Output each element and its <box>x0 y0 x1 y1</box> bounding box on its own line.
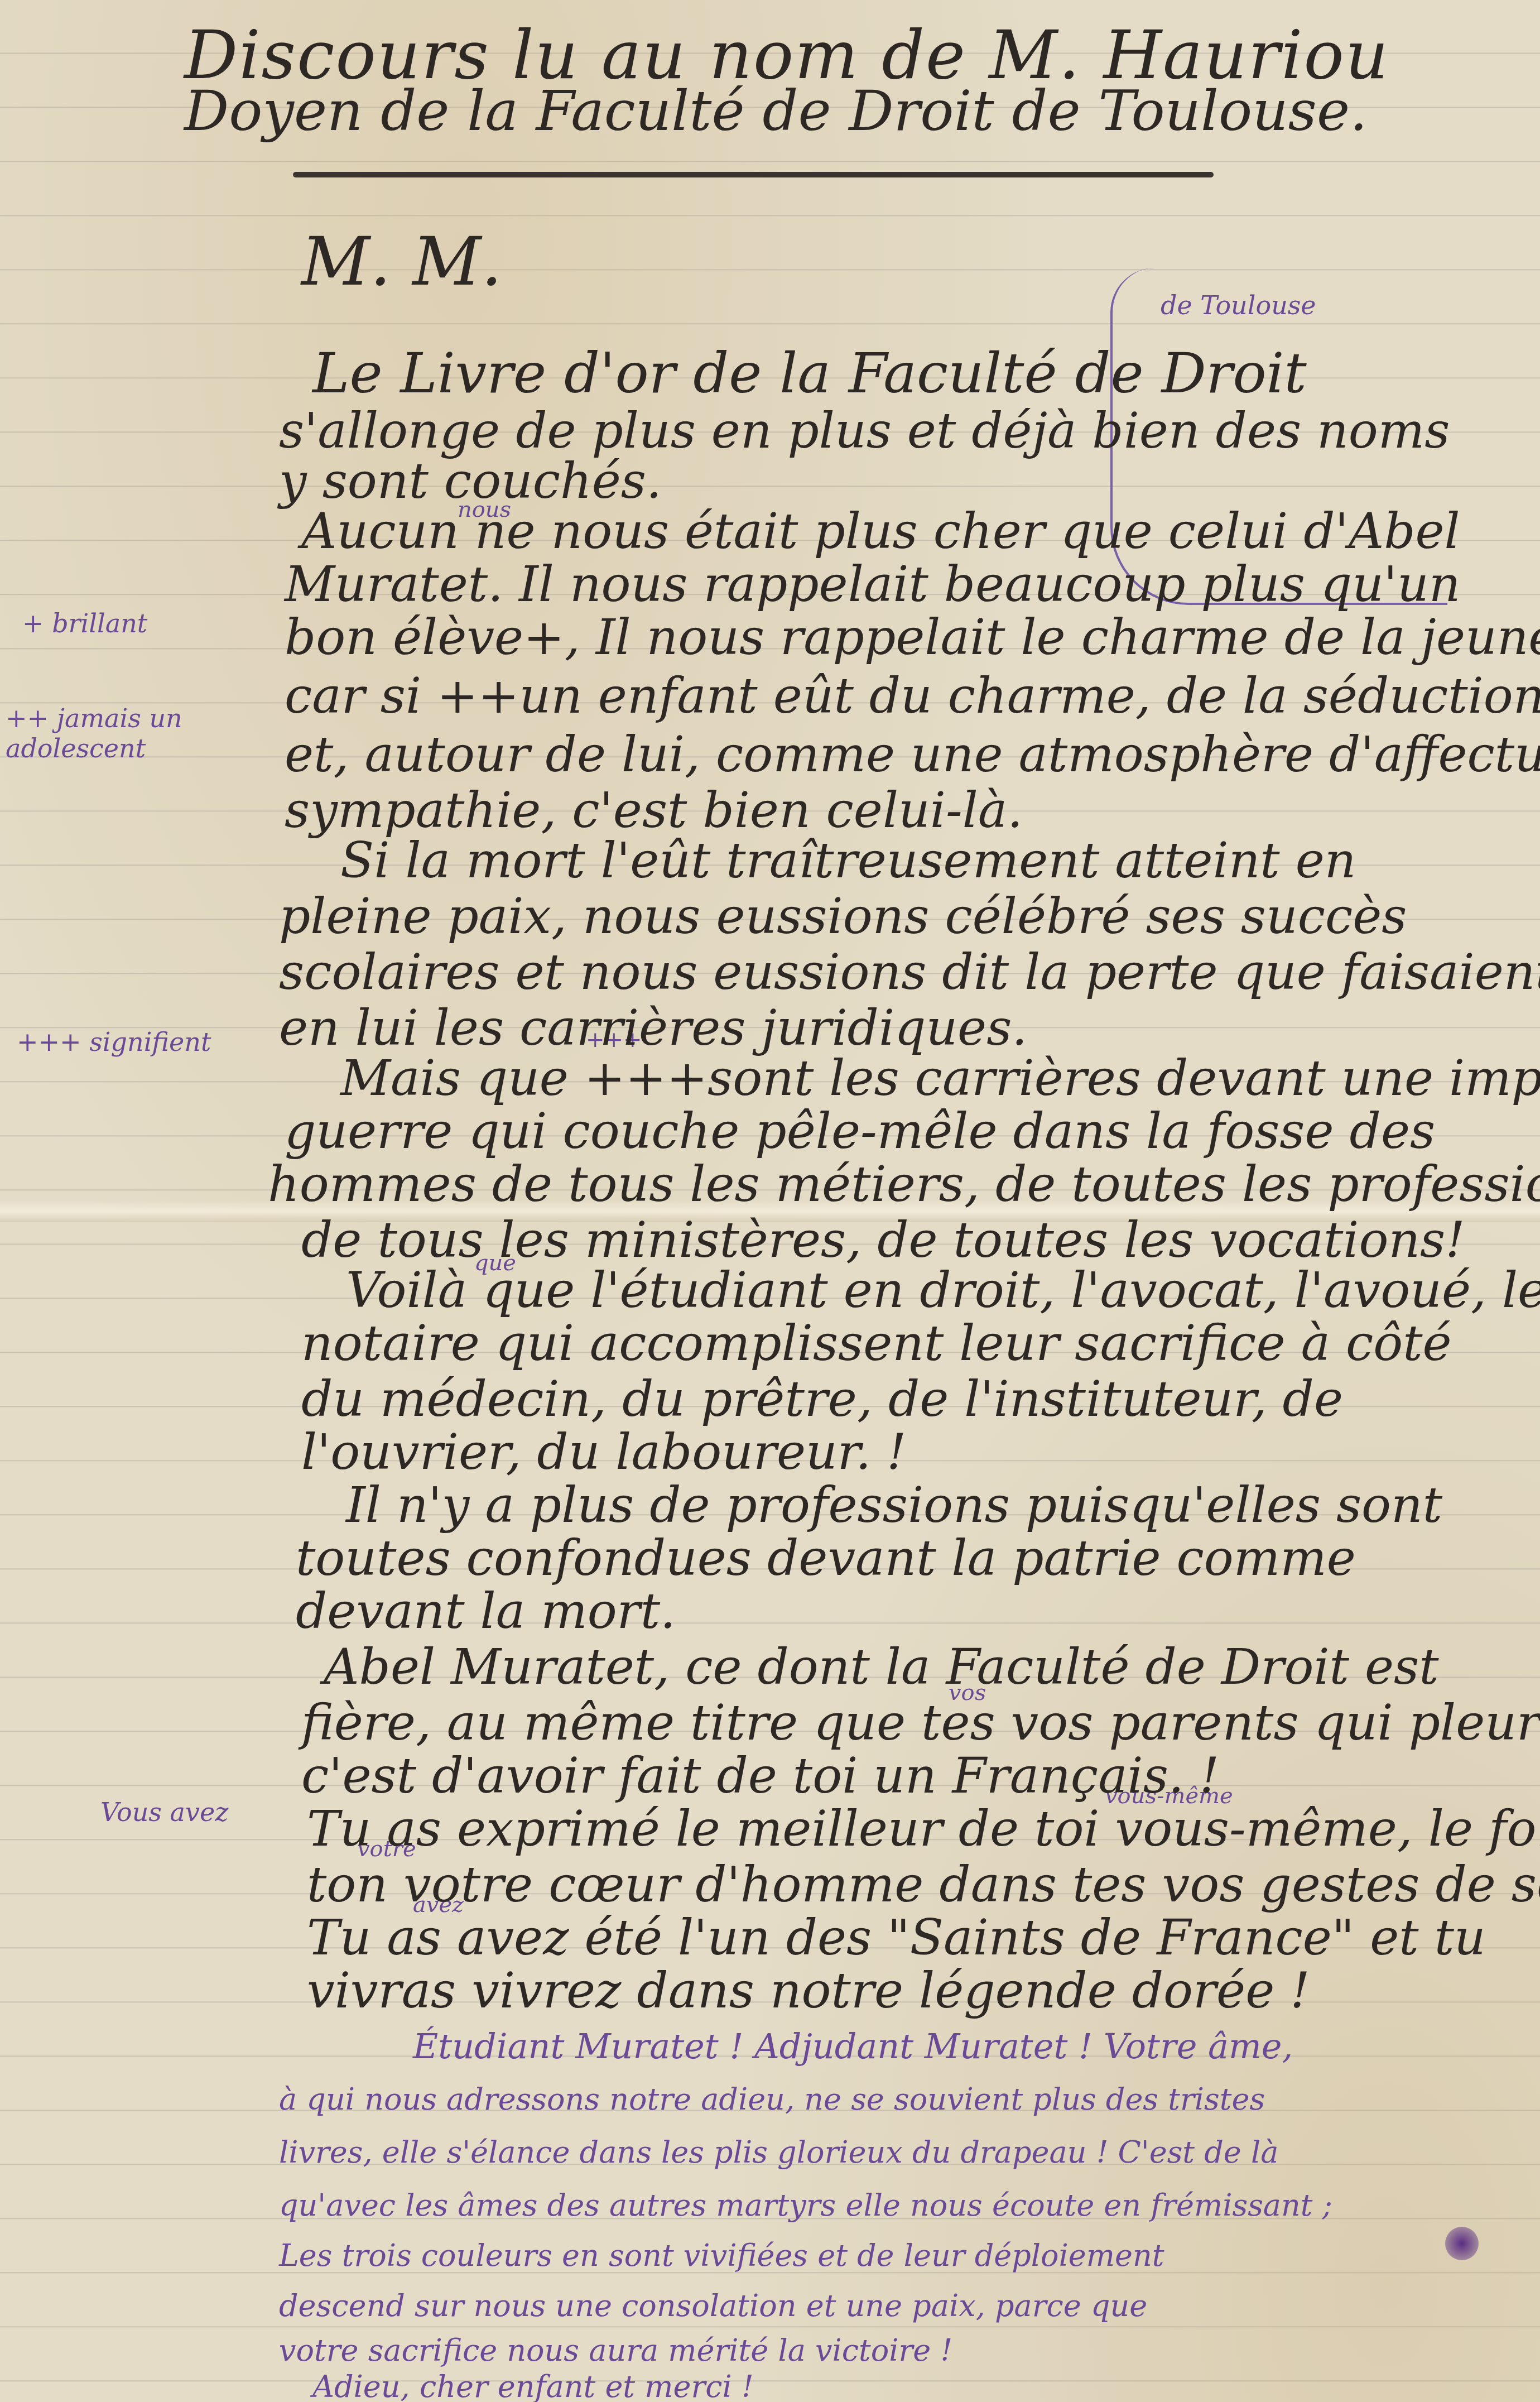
body-line: fière, au même titre que tes vos parents… <box>301 1694 1540 1751</box>
closing-line: Étudiant Muratet ! Adjudant Muratet ! Vo… <box>413 2026 1293 2067</box>
body-line: et, autour de lui, comme une atmosphère … <box>285 726 1540 783</box>
body-line: Aucun ne nous était plus cher que celui … <box>301 502 1460 560</box>
closing-line: descend sur nous une consolation et une … <box>279 2288 1147 2323</box>
body-line: notaire qui accomplissent leur sacrifice… <box>301 1314 1452 1372</box>
body-line: vivras vivrez dans notre légende dorée ! <box>307 1962 1310 2019</box>
margin-note-de-toulouse: de Toulouse <box>1161 290 1316 320</box>
body-line: y sont couchés. <box>279 452 662 510</box>
body-line: de tous les ministères, de toutes les vo… <box>301 1211 1465 1269</box>
body-line: du médecin, du prêtre, de l'instituteur,… <box>301 1370 1343 1428</box>
body-line: hommes de tous les métiers, de toutes le… <box>268 1155 1540 1213</box>
body-line: Abel Muratet, ce dont la Faculté de Droi… <box>324 1638 1439 1695</box>
closing-line: livres, elle s'élance dans les plis glor… <box>279 2135 1278 2170</box>
body-line: car si ++un enfant eût du charme, de la … <box>285 667 1540 724</box>
body-line: Il n'y a plus de professions puisqu'elle… <box>346 1476 1442 1534</box>
body-line: ton votre cœur d'homme dans tes vos gest… <box>307 1856 1540 1913</box>
closing-line: à qui nous adressons notre adieu, ne se … <box>279 2082 1265 2117</box>
body-line: pleine paix, nous eussions célébré ses s… <box>279 887 1407 945</box>
margin-note-jamais-adolescent: ++ jamais un adolescent <box>6 703 206 763</box>
body-line: bon élève+, Il nous rappelait le charme … <box>285 608 1540 666</box>
body-line: sympathie, c'est bien celui-là. <box>285 781 1023 839</box>
body-line: Muratet. Il nous rappelait beaucoup plus… <box>285 555 1460 613</box>
closing-line: votre sacrifice nous aura mérité la vict… <box>279 2333 952 2368</box>
closing-line: Les trois couleurs en sont vivifiées et … <box>279 2238 1164 2273</box>
body-line: Le Livre d'or de la Faculté de Droit <box>312 340 1307 406</box>
title-line-2: Doyen de la Faculté de Droit de Toulouse… <box>184 78 1368 143</box>
body-line: Voilà que l'étudiant en droit, l'avocat,… <box>346 1261 1540 1319</box>
salutation: M. M. <box>301 223 502 301</box>
closing-line: Adieu, cher enfant et merci ! <box>312 2369 754 2402</box>
title-underline <box>293 172 1214 177</box>
body-line: Tu as avez été l'un des "Saints de Franc… <box>307 1909 1486 1966</box>
margin-note-brillant: + brillant <box>22 608 147 638</box>
margin-note-signifient: +++ signifient <box>17 1027 211 1057</box>
body-line: Mais que +++sont les carrières devant un… <box>340 1049 1540 1107</box>
body-line: Si la mort l'eût traîtreusement atteint … <box>340 832 1356 889</box>
body-line: s'allonge de plus en plus et déjà bien d… <box>279 402 1450 459</box>
margin-note-vous-avez: Vous avez <box>100 1797 228 1827</box>
body-line: l'ouvrier, du laboureur. ! <box>301 1423 906 1481</box>
ink-blot <box>1445 2227 1479 2260</box>
body-line: scolaires et nous eussions dit la perte … <box>279 943 1540 1001</box>
body-line: en lui les carrières juridiques. <box>279 999 1027 1056</box>
body-line: Tu as exprimé le meilleur de toi vous-mê… <box>307 1800 1540 1857</box>
body-line: c'est d'avoir fait de toi un Français. ! <box>301 1747 1219 1804</box>
body-line: toutes confondues devant la patrie comme <box>296 1529 1356 1587</box>
body-line: guerre qui couche pêle-mêle dans la foss… <box>285 1102 1435 1160</box>
body-line: devant la mort. <box>296 1582 676 1640</box>
closing-line: qu'avec les âmes des autres martyrs elle… <box>279 2188 1332 2223</box>
